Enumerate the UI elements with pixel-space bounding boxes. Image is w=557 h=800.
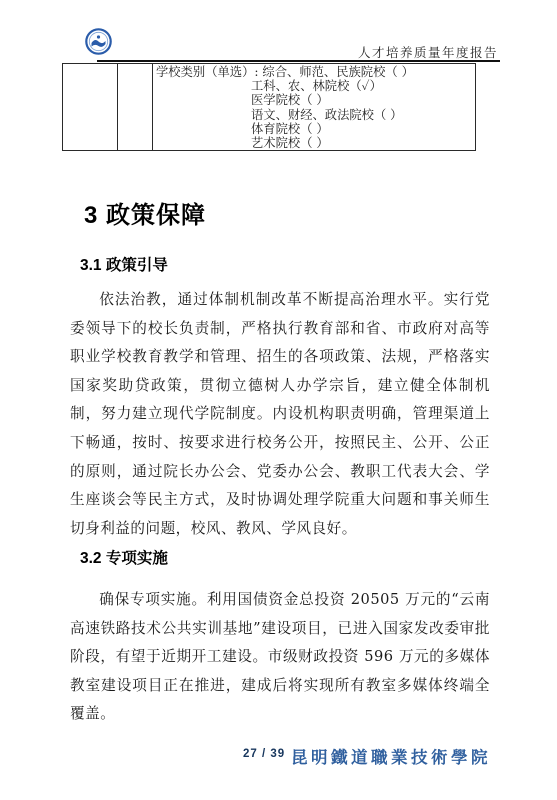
section-3-1-heading: 3.1 政策引导 — [80, 253, 168, 275]
table-row: 艺术院校（ ） — [156, 136, 473, 150]
section-3-2-paragraph: 确保专项实施。利用国债资金总投资 20505 万元的“云南高速铁路技术公共实训基… — [70, 586, 490, 729]
table-row: 学校类别（单选）: 综合、师范、民族院校（ ） — [156, 65, 473, 79]
table-category-cell: 学校类别（单选）: 综合、师范、民族院校（ ） 工科、农、林院校（✓） 医学院校… — [153, 64, 475, 150]
table-empty-column-2 — [118, 64, 153, 150]
report-page: 人才培养质量年度报告 学校类别（单选）: 综合、师范、民族院校（ ） 工科、农、… — [0, 0, 557, 800]
table-row: 体育院校（ ） — [156, 122, 473, 136]
school-emblem-icon — [85, 28, 112, 55]
section-3-1-paragraph: 依法治教，通过体制机制改革不断提高治理水平。实行党委领导下的校长负责制，严格执行… — [70, 286, 490, 543]
table-empty-column-1 — [63, 64, 118, 150]
chapter-heading: 3 政策保障 — [84, 195, 206, 230]
school-category-table: 学校类别（单选）: 综合、师范、民族院校（ ） 工科、农、林院校（✓） 医学院校… — [62, 63, 476, 151]
table-row: 工科、农、林院校（✓） — [156, 79, 473, 93]
table-row: 语文、财经、政法院校（ ） — [156, 108, 473, 122]
table-row: 医学院校（ ） — [156, 93, 473, 107]
page-number-indicator: 27 / 39 — [243, 748, 285, 760]
header-report-title: 人才培养质量年度报告 — [358, 43, 498, 61]
footer-school-name: 昆明鐵道職業技術學院 — [291, 744, 491, 768]
section-3-2-heading: 3.2 专项实施 — [80, 546, 168, 568]
header-divider — [97, 60, 500, 62]
